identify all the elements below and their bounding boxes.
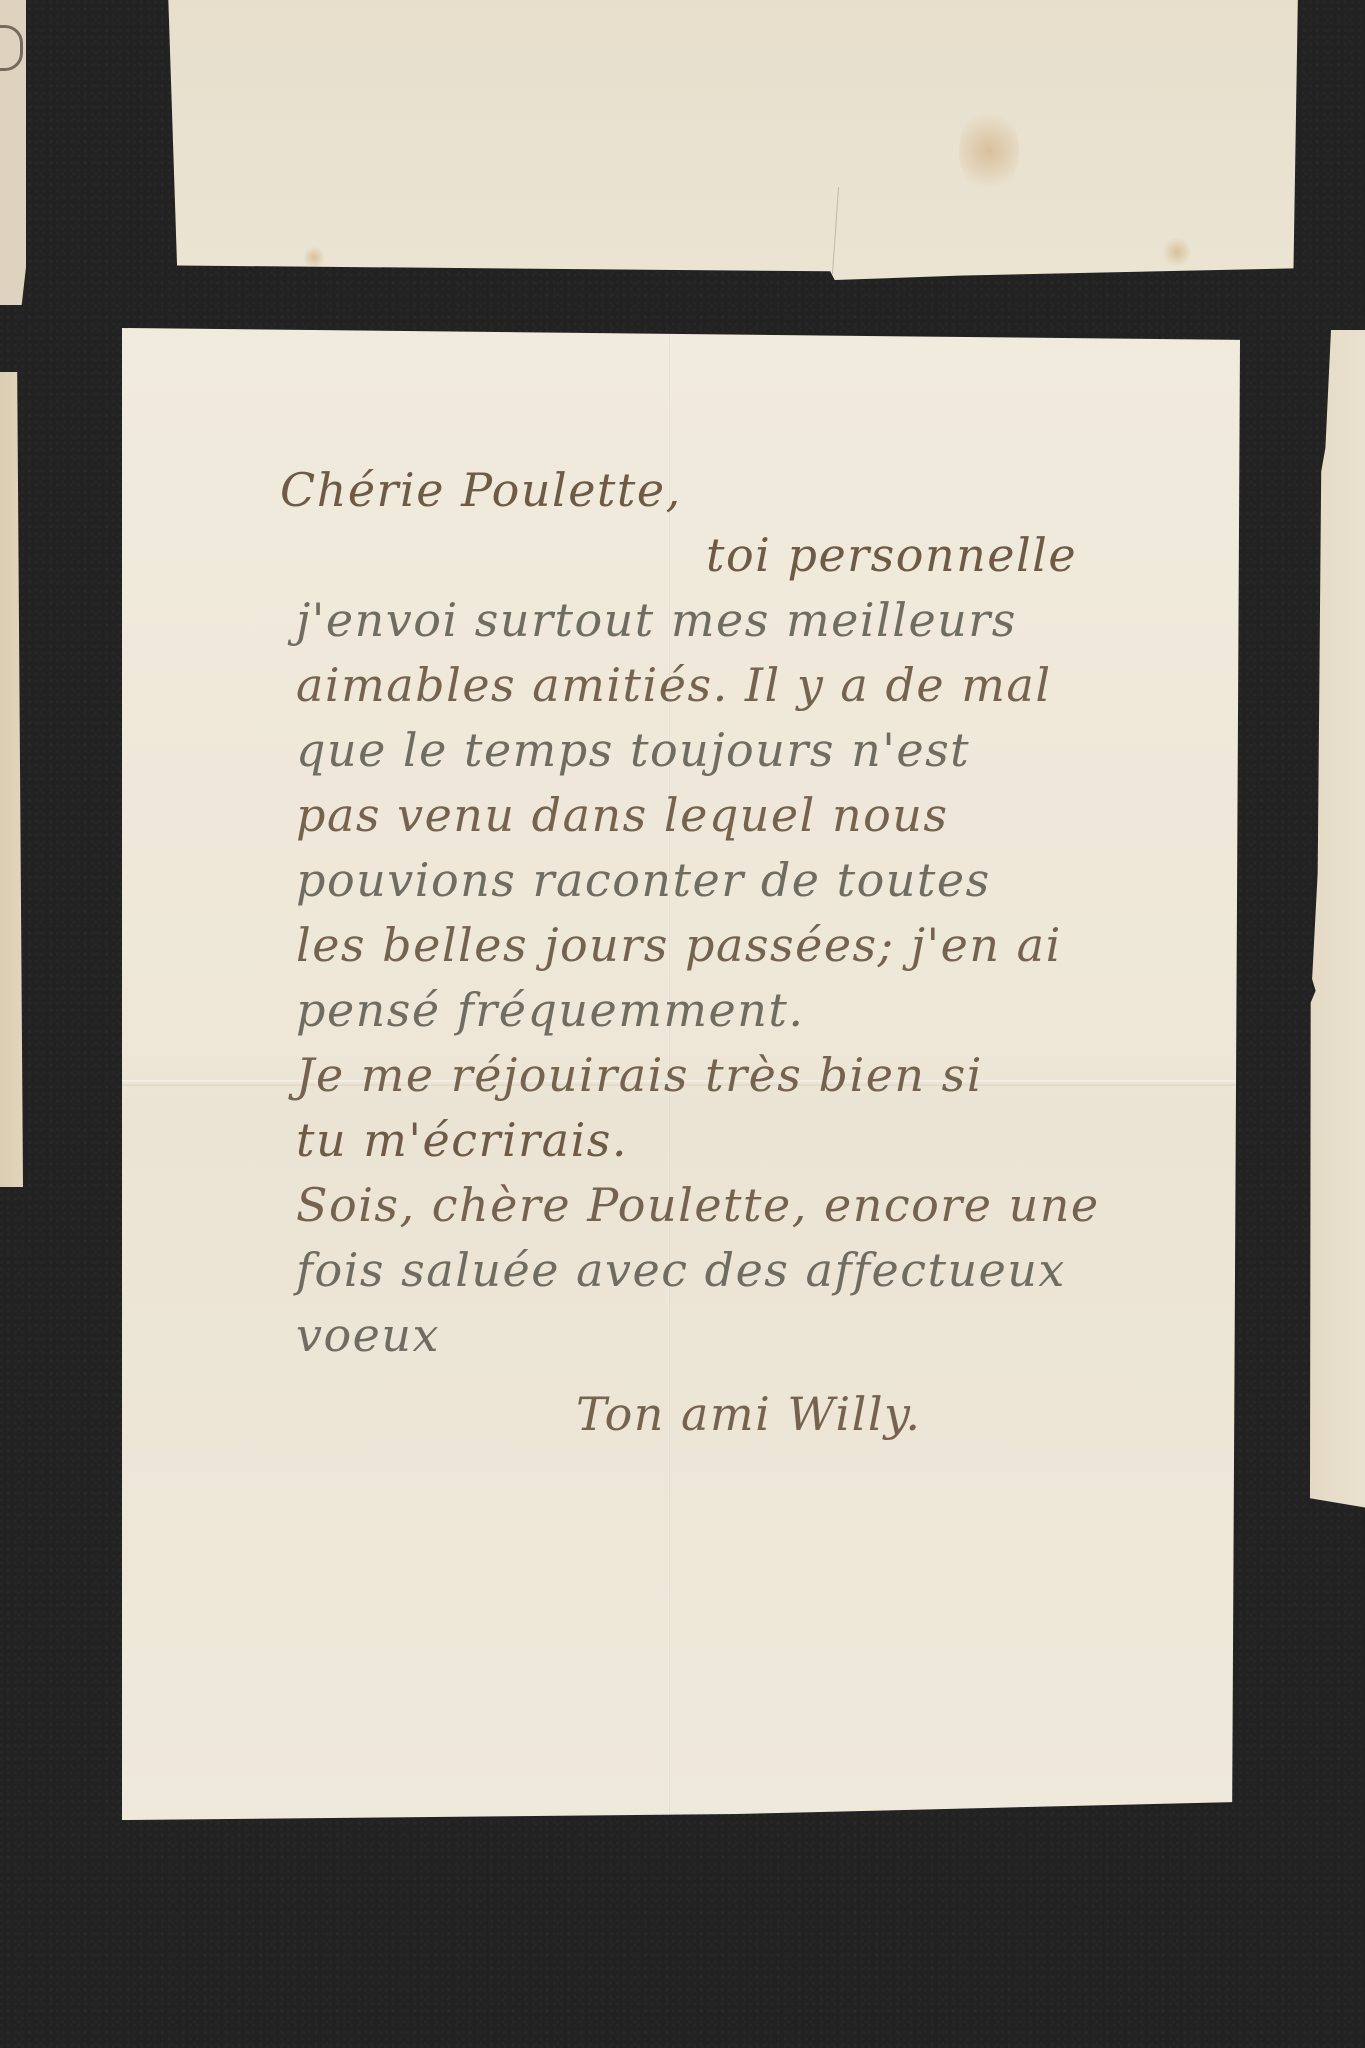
foxing-stain bbox=[959, 106, 1019, 196]
left-paper-fragment bbox=[0, 372, 23, 1187]
salutation: Chérie Poulette, bbox=[280, 458, 1196, 523]
letter-line: les belles jours passées; j'en ai bbox=[296, 913, 1196, 978]
letter-line: pas venu dans lequel nous bbox=[296, 783, 1196, 848]
letter-line: tu m'écrirais. bbox=[296, 1108, 1196, 1173]
letter-line: j'envoi surtout mes meilleurs bbox=[296, 588, 1196, 653]
letter-line: voeux bbox=[296, 1303, 1196, 1368]
letter-body: Chérie Poulette, toi personnelle j'envoi… bbox=[296, 458, 1196, 1447]
right-envelope-fragment bbox=[1310, 330, 1365, 1510]
letter-line: fois saluée avec des affectueux bbox=[296, 1238, 1196, 1303]
letter-line: pensé fréquemment. bbox=[296, 978, 1196, 1043]
foxing-stain bbox=[1162, 237, 1192, 267]
signature: Ton ami Willy. bbox=[296, 1382, 1196, 1447]
handwritten-letter: Chérie Poulette, toi personnelle j'envoi… bbox=[122, 328, 1240, 1820]
letter-line: pouvions raconter de toutes bbox=[296, 848, 1196, 913]
letter-line: aimables amitiés. Il y a de mal bbox=[296, 653, 1196, 718]
left-envelope-fragment-top bbox=[0, 0, 26, 305]
letter-line: que le temps toujours n'est bbox=[296, 718, 1196, 783]
foxing-stain bbox=[304, 245, 324, 270]
paper-tear bbox=[832, 187, 839, 274]
top-envelope bbox=[168, 0, 1298, 280]
letter-line: Je me réjouirais très bien si bbox=[296, 1043, 1196, 1108]
stamp-mark bbox=[0, 25, 23, 71]
letter-line: Sois, chère Poulette, encore une bbox=[296, 1173, 1196, 1238]
letter-line: toi personnelle bbox=[296, 523, 1196, 588]
